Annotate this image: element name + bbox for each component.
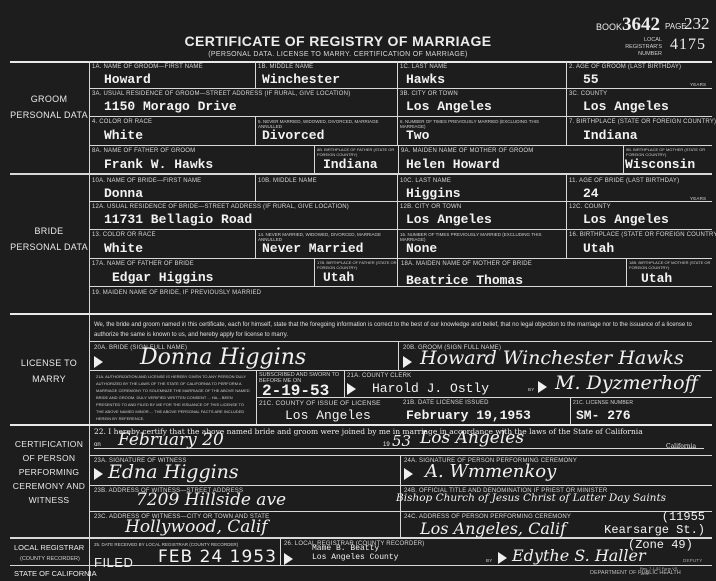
divider — [10, 313, 712, 315]
section-local-registrar-sub: (COUNTY RECORDER) — [20, 556, 80, 562]
book-label: BOOK — [596, 22, 622, 32]
section-groom: GROOM PERSONAL DATA — [10, 91, 88, 123]
groom-county: Los Angeles — [583, 99, 669, 114]
groom-signature: Howard Winchester Hawks — [420, 347, 684, 369]
groom-mother-birthplace-label: 9b. BIRTHPLACE OF MOTHER (STATE OR FOREI… — [626, 147, 711, 157]
bride-age-unit: YEARS — [690, 196, 706, 201]
divider — [10, 173, 712, 175]
registrar-number-label: LOCAL REGISTRAR'S NUMBER — [612, 37, 662, 58]
groom-age: 55 — [583, 72, 599, 87]
filed-stamp: FILED — [94, 555, 133, 570]
arrow-icon — [498, 552, 507, 564]
groom-times-married: Two — [406, 128, 429, 143]
deputy-label: DEPUTY — [683, 558, 702, 563]
arrow-icon — [538, 381, 547, 393]
groom-marital: Divorced — [262, 128, 324, 143]
bride-mother-label: 18a. MAIDEN NAME OF MOTHER OF BRIDE — [401, 261, 532, 267]
bride-race: White — [104, 241, 143, 256]
authorization-text: 21a. AUTHORIZATION AND LICENSE IS HEREBY… — [96, 373, 251, 422]
groom-residence: 1150 Morago Drive — [104, 99, 237, 114]
bride-mother: Beatrice Thomas — [406, 273, 523, 288]
license-statement: We, the bride and groom named in this ce… — [94, 320, 710, 340]
officiant-address-street: (11955 Kearsarge St.) — [590, 511, 705, 537]
section-license: LICENSE TO MARRY — [10, 355, 88, 387]
bride-age-label: 11. AGE OF BRIDE (LAST BIRTHDAY) — [569, 178, 679, 184]
bride-father-birthplace: Utah — [323, 270, 354, 285]
groom-father-label: 8a. NAME OF FATHER OF GROOM — [92, 148, 195, 154]
section-certification: CERTIFICATION OF PERSON PERFORMING CEREM… — [10, 437, 88, 507]
marriage-certificate: CERTIFICATE OF REGISTRY OF MARRIAGE (PER… — [0, 0, 716, 581]
date-issued: February 19,1953 — [406, 408, 531, 423]
bride-last-name: Higgins — [406, 186, 461, 201]
registrar-deputy-signature: Edythe S. Haller — [512, 546, 646, 565]
section-bride: BRIDE PERSONAL DATA — [10, 223, 88, 255]
marriage-year: 53 — [392, 432, 411, 450]
bride-middle-name-label: 10b. MIDDLE NAME — [258, 178, 317, 184]
bride-father-label: 17a. NAME OF FATHER OF BRIDE — [92, 261, 194, 267]
bride-birthplace: Utah — [583, 241, 614, 256]
registrar-by-label: BY — [486, 558, 492, 563]
bride-race-label: 13. COLOR OR RACE — [92, 232, 156, 238]
county-clerk-label: 21a. COUNTY CLERK — [347, 373, 411, 379]
county-issue-label: 21c. COUNTY OF ISSUE OF LICENSE — [259, 400, 381, 407]
date-issued-label: 21b. DATE LICENSE ISSUED — [403, 400, 489, 406]
groom-residence-label: 3a. USUAL RESIDENCE OF GROOM—STREET ADDR… — [92, 91, 350, 97]
bride-mother-birthplace-label: 18b. BIRTHPLACE OF MOTHER (STATE OR FORE… — [629, 260, 711, 270]
sworn-date: 2-19-53 — [262, 382, 329, 400]
bride-residence-label: 12a. USUAL RESIDENCE OF BRIDE—STREET ADD… — [92, 204, 349, 210]
deputy-clerk-signature: M. Dyzmerhoff — [555, 372, 698, 394]
groom-mother-birthplace: Wisconsin — [625, 157, 695, 172]
form-number: Rev. 7-1-52 Form VS 1174 — [640, 566, 680, 576]
groom-middle-name: Winchester — [262, 72, 340, 87]
by-label: BY — [528, 387, 534, 392]
bride-age: 24 — [583, 186, 599, 201]
bride-marital: Never Married — [262, 241, 363, 256]
license-number: SM- 276 — [576, 408, 631, 423]
license-number-label: 21c. LICENSE NUMBER — [573, 400, 633, 406]
groom-mother-label: 9a. MAIDEN NAME OF MOTHER OF GROOM — [401, 148, 533, 154]
groom-first-name: Howard — [104, 72, 151, 87]
officiant-signature: A. Wmmenkoy — [425, 461, 556, 482]
groom-birthplace-label: 7. BIRTHPLACE (STATE OR FOREIGN COUNTRY) — [569, 119, 716, 125]
groom-father: Frank W. Hawks — [104, 157, 213, 172]
county-clerk: Harold J. Ostly — [372, 381, 489, 396]
witness-signature: Edna Higgins — [108, 461, 239, 483]
bride-first-name-label: 10a. NAME OF BRIDE—FIRST NAME — [92, 178, 201, 184]
marriage-place: Los Angeles — [420, 428, 524, 448]
state-label: STATE OF CALIFORNIA — [14, 569, 97, 578]
document-title: CERTIFICATE OF REGISTRY OF MARRIAGE — [0, 33, 716, 49]
groom-city: Los Angeles — [406, 99, 492, 114]
groom-middle-name-label: 1b. MIDDLE NAME — [258, 64, 313, 70]
groom-father-birthplace: Indiana — [323, 157, 378, 172]
date-received: FEB 24 1953 — [158, 547, 277, 567]
bride-last-name-label: 10c. LAST NAME — [400, 178, 451, 184]
bride-signature: Donna Higgins — [140, 345, 306, 370]
bride-residence: 11731 Bellagio Road — [104, 212, 252, 227]
document-subtitle: (PERSONAL DATA. LICENSE TO MARRY. CERTIF… — [0, 51, 716, 58]
groom-last-name-label: 1c. LAST NAME — [400, 64, 448, 70]
divider — [89, 61, 90, 581]
groom-last-name: Hawks — [406, 72, 445, 87]
registrar-county: Los Angeles County — [312, 553, 398, 562]
divider — [10, 61, 712, 63]
bride-city: Los Angeles — [406, 212, 492, 227]
registrar-number: 4175 — [670, 36, 706, 54]
groom-father-birthplace-label: 8b. BIRTHPLACE OF FATHER (STATE OR FOREI… — [317, 147, 397, 157]
groom-race-label: 4. COLOR OR RACE — [92, 119, 152, 125]
bride-county: Los Angeles — [583, 212, 669, 227]
registrar-name: Mame B. Beatty — [312, 544, 379, 553]
year-prefix: 19 — [383, 442, 390, 448]
groom-age-label: 2. AGE OF GROOM (LAST BIRTHDAY) — [569, 64, 681, 70]
groom-county-label: 3c. COUNTY — [569, 91, 607, 97]
bride-father-birthplace-label: 17b. BIRTHPLACE OF FATHER (STATE OR FORE… — [317, 260, 397, 270]
groom-city-label: 3b. CITY OR TOWN — [400, 91, 458, 97]
arrow-icon — [94, 356, 103, 368]
arrow-icon — [94, 468, 103, 480]
officiant-title: Bishop Church of Jesus Christ of Latter … — [396, 492, 666, 504]
divider — [10, 424, 712, 426]
groom-birthplace: Indiana — [583, 128, 638, 143]
groom-first-name-label: 1a. NAME OF GROOM—FIRST NAME — [92, 64, 203, 70]
bride-county-label: 12c. COUNTY — [569, 204, 611, 210]
section-local-registrar: LOCAL REGISTRAR — [14, 543, 84, 552]
book-number: 3642 — [622, 14, 660, 36]
county-issue: Los Angeles — [285, 408, 371, 423]
page-number: 232 — [684, 14, 710, 34]
bride-times-married: None — [406, 241, 437, 256]
bride-mother-birthplace: Utah — [641, 271, 672, 286]
witness-city: Hollywood, Calif — [125, 517, 268, 537]
marriage-date: February 20 — [118, 430, 224, 450]
arrow-icon — [404, 468, 413, 480]
on-label: on — [94, 442, 101, 448]
arrow-icon — [403, 356, 412, 368]
witness-address: 7209 Hillside ave — [136, 490, 286, 510]
officiant-address-city: Los Angeles, Calif — [420, 519, 566, 538]
state-suffix: California — [666, 443, 696, 450]
bride-maiden-label: 19. MAIDEN NAME OF BRIDE, IF PREVIOUSLY … — [92, 290, 261, 296]
bride-first-name: Donna — [104, 186, 143, 201]
groom-mother: Helen Howard — [406, 157, 500, 172]
bride-father: Edgar Higgins — [112, 270, 213, 285]
groom-race: White — [104, 128, 143, 143]
bride-city-label: 12b. CITY OR TOWN — [400, 204, 461, 210]
bride-birthplace-label: 16. BIRTHPLACE (STATE OR FOREIGN COUNTRY… — [569, 232, 716, 238]
divider — [10, 537, 712, 539]
groom-age-unit: YEARS — [690, 82, 706, 87]
arrow-icon — [347, 383, 356, 395]
arrow-icon — [284, 553, 293, 565]
